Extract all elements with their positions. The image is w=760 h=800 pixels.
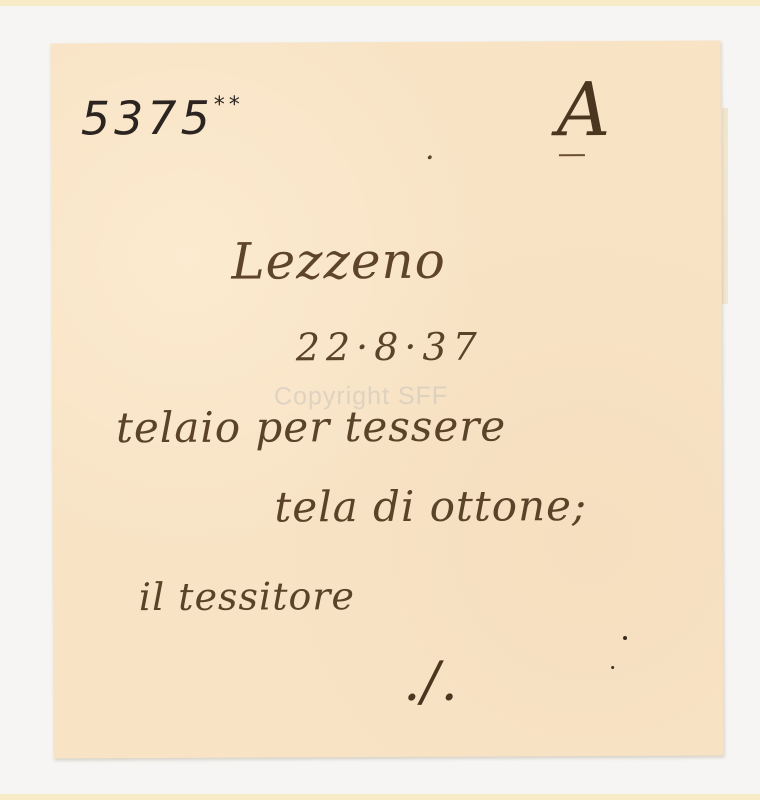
description-line-1: telaio per tessere bbox=[116, 401, 506, 452]
catalog-asterisks: ** bbox=[214, 93, 244, 118]
right-card-sliver bbox=[722, 108, 728, 304]
series-letter: A bbox=[557, 67, 612, 153]
description-line-3: il tessitore bbox=[139, 574, 355, 619]
ink-dot bbox=[623, 636, 627, 640]
place-name: Lezzeno bbox=[231, 232, 446, 291]
description-line-2: tela di ottone; bbox=[274, 481, 587, 531]
top-edge-strip bbox=[0, 0, 760, 6]
bottom-edge-strip bbox=[0, 794, 760, 800]
date: 22·8·37 bbox=[296, 325, 483, 370]
ink-dot bbox=[611, 666, 614, 669]
catalog-number: 5375** bbox=[81, 91, 244, 146]
archival-card: 5375** . A Lezzeno 22·8·37 Copyright SFF… bbox=[50, 41, 723, 759]
dot-mark: . bbox=[425, 132, 436, 167]
catalog-number-value: 5375 bbox=[81, 91, 214, 146]
closing-mark: ./. bbox=[403, 650, 459, 713]
series-letter-underline bbox=[559, 154, 585, 156]
